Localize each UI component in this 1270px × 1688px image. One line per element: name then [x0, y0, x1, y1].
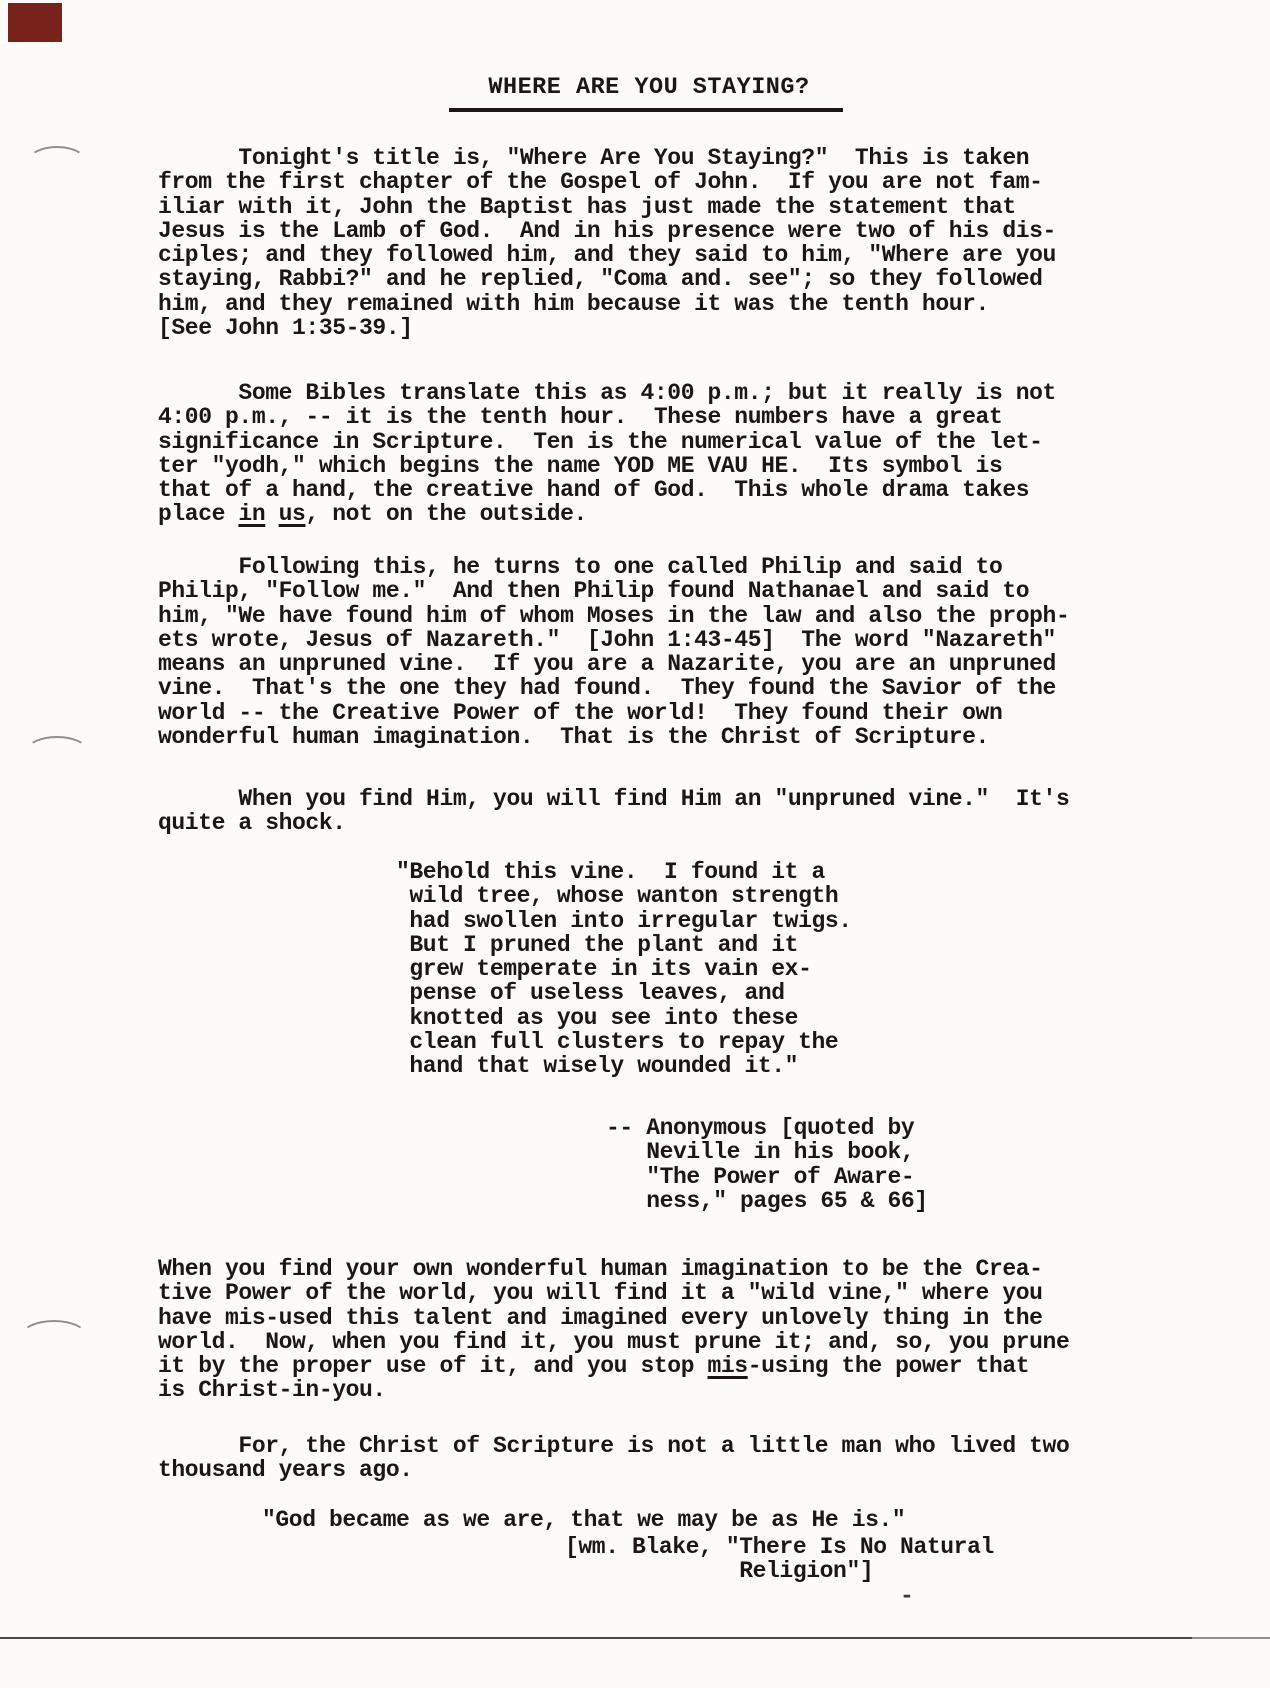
text-line: For, the Christ of Scripture is not a li… [158, 1434, 1069, 1458]
paragraph-unpruned-vine: When you find Him, you will find Him an … [158, 787, 1069, 836]
text-line: [wm. Blake, "There Is No Natural [565, 1535, 994, 1559]
paragraph-philip-nathanael: Following this, he turns to one called P… [158, 555, 1069, 749]
text-line: "Behold this vine. I found it a [396, 860, 852, 884]
title-underline [449, 108, 843, 112]
text-line: world. Now, when you find it, you must p… [158, 1330, 1069, 1354]
text-line: world -- the Creative Power of the world… [158, 701, 1069, 725]
text-line: Following this, he turns to one called P… [158, 555, 1069, 579]
page-title: WHERE ARE YOU STAYING? [455, 74, 843, 101]
paragraph-christ-of-scripture: For, the Christ of Scripture is not a li… [158, 1434, 1069, 1483]
text-line: place in us, not on the outside. [158, 502, 1056, 526]
pencil-mark-icon [26, 736, 88, 766]
text-line: iliar with it, John the Baptist has just… [158, 195, 1056, 219]
text-line: thousand years ago. [158, 1458, 1069, 1482]
poem-attribution: -- Anonymous [quoted by Neville in his b… [606, 1116, 928, 1213]
paragraph-tenth-hour: Some Bibles translate this as 4:00 p.m.;… [158, 381, 1056, 527]
blake-quote: "God became as we are, that we may be as… [262, 1508, 905, 1532]
text-line: ness," pages 65 & 66] [606, 1189, 928, 1213]
text-line: Religion"] [565, 1559, 994, 1583]
text-line: is Christ-in-you. [158, 1378, 1069, 1402]
text-line: -- Anonymous [quoted by [606, 1116, 928, 1140]
scanned-typewritten-page: WHERE ARE YOU STAYING? Tonight's title i… [0, 0, 1270, 1688]
text-line: [See John 1:35-39.] [158, 316, 1056, 340]
text-line: ter "yodh," which begins the name YOD ME… [158, 454, 1056, 478]
text-line: have mis-used this talent and imagined e… [158, 1306, 1069, 1330]
text-line: significance in Scripture. Ten is the nu… [158, 430, 1056, 454]
paragraph-wild-vine: When you find your own wonderful human i… [158, 1257, 1069, 1403]
text-line: Neville in his book, [606, 1140, 928, 1164]
text-line: grew temperate in its vain ex- [396, 957, 852, 981]
text-line: hand that wisely wounded it." [396, 1054, 852, 1078]
text-line: had swollen into irregular twigs. [396, 909, 852, 933]
text-line: ets wrote, Jesus of Nazareth." [John 1:4… [158, 628, 1069, 652]
scan-bottom-edge-line [0, 1637, 1192, 1639]
pencil-mark-icon [28, 146, 86, 176]
text-line: 4:00 p.m., -- it is the tenth hour. Thes… [158, 405, 1056, 429]
blake-attribution: [wm. Blake, "There Is No Natural Religio… [565, 1535, 994, 1584]
text-line: him, and they remained with him because … [158, 292, 1056, 316]
text-line: that of a hand, the creative hand of God… [158, 478, 1056, 502]
scan-corner-artifact [8, 3, 62, 42]
text-line: it by the proper use of it, and you stop… [158, 1354, 1069, 1378]
text-line: quite a shock. [158, 811, 1069, 835]
text-line: vine. That's the one they had found. The… [158, 676, 1069, 700]
text-line: wonderful human imagination. That is the… [158, 725, 1069, 749]
text-line: Tonight's title is, "Where Are You Stayi… [158, 146, 1056, 170]
text-line: clean full clusters to repay the [396, 1030, 852, 1054]
text-line: When you find Him, you will find Him an … [158, 787, 1069, 811]
text-line: pense of useless leaves, and [396, 981, 852, 1005]
text-line: Jesus is the Lamb of God. And in his pre… [158, 219, 1056, 243]
text-line: wild tree, whose wanton strength [396, 884, 852, 908]
text-line: tive Power of the world, you will find i… [158, 1281, 1069, 1305]
poem-quote: "Behold this vine. I found it a wild tre… [396, 860, 852, 1079]
text-line: means an unpruned vine. If you are a Naz… [158, 652, 1069, 676]
text-line: Philip, "Follow me." And then Philip fou… [158, 579, 1069, 603]
scan-bottom-edge-line-tail [1192, 1637, 1270, 1639]
text-line: from the first chapter of the Gospel of … [158, 170, 1056, 194]
text-line: When you find your own wonderful human i… [158, 1257, 1069, 1281]
stray-dash-mark: - [900, 1583, 914, 1609]
text-line: knotted as you see into these [396, 1006, 852, 1030]
text-line: Some Bibles translate this as 4:00 p.m.;… [158, 381, 1056, 405]
paragraph-intro: Tonight's title is, "Where Are You Stayi… [158, 146, 1056, 340]
text-line: But I pruned the plant and it [396, 933, 852, 957]
text-line: ciples; and they followed him, and they … [158, 243, 1056, 267]
text-line: staying, Rabbi?" and he replied, "Coma a… [158, 267, 1056, 291]
text-line: "God became as we are, that we may be as… [262, 1508, 905, 1532]
text-line: "The Power of Aware- [606, 1165, 928, 1189]
pencil-mark-icon [20, 1320, 88, 1354]
text-line: him, "We have found him of whom Moses in… [158, 604, 1069, 628]
